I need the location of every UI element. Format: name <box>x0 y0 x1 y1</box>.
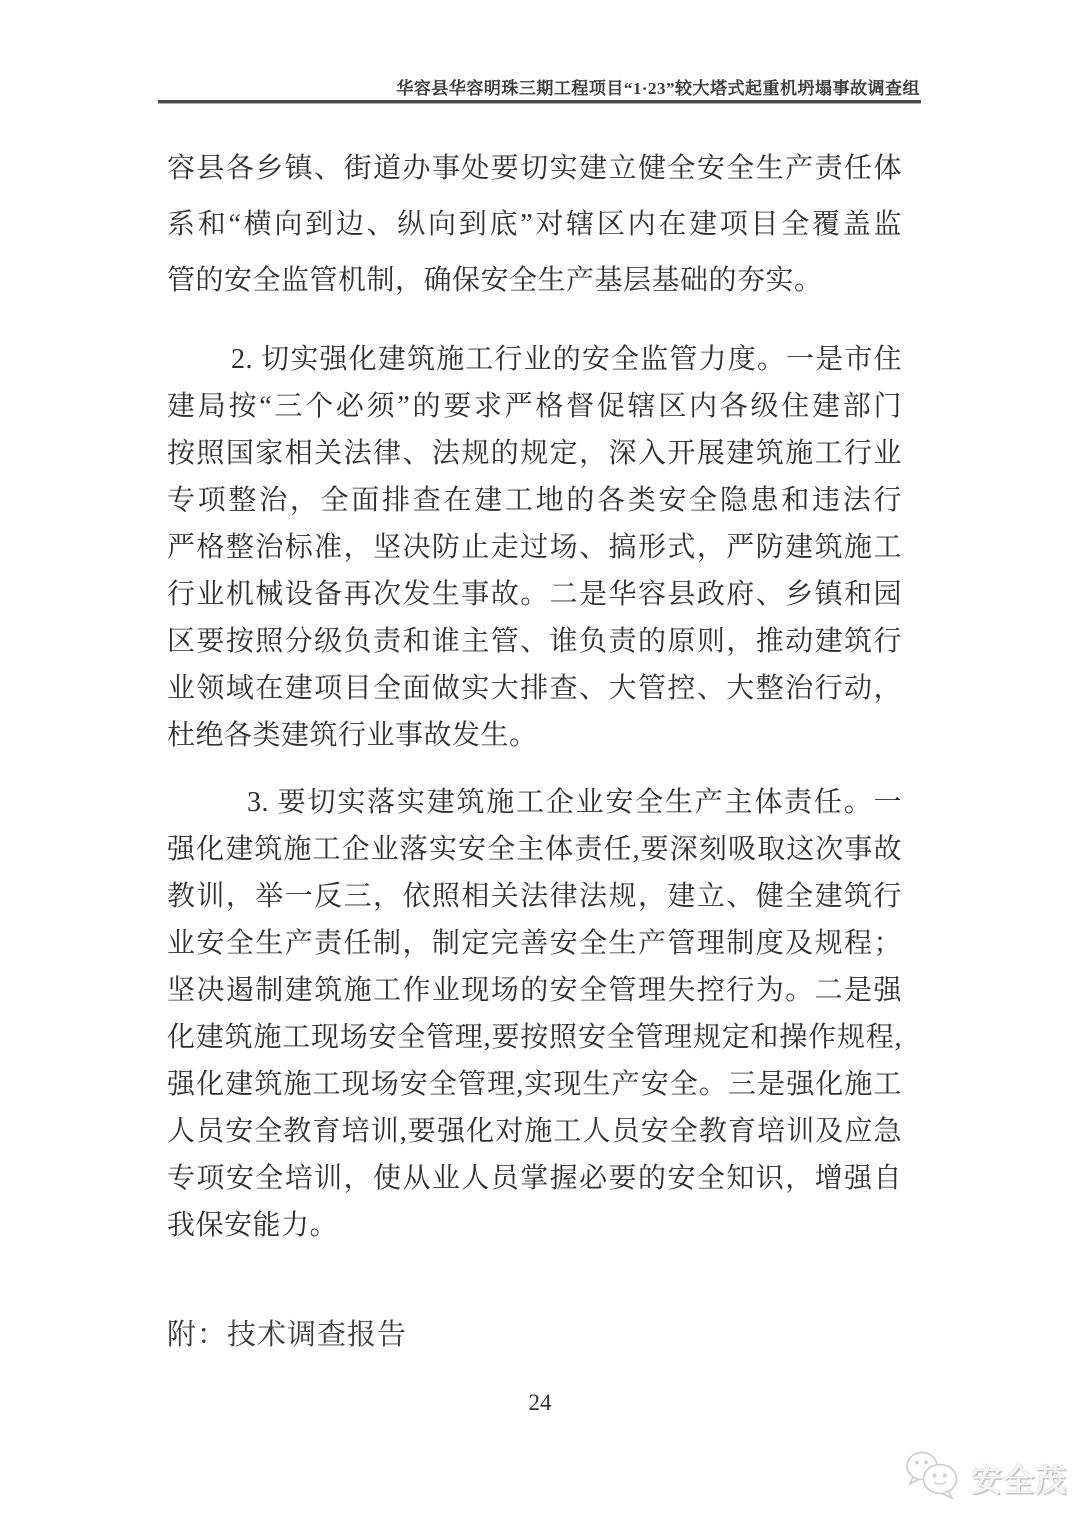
body-line: 2. 切实强化建筑施工行业的安全监管力度。一是市住 <box>167 336 902 383</box>
wechat-chat-bubbles-icon <box>902 1448 962 1507</box>
body-line: 坚决遏制建筑施工作业现场的安全管理失控行为。二是强 <box>167 967 902 1014</box>
body-line: 强化建筑施工现场安全管理,实现生产安全。三是强化施工 <box>167 1061 902 1108</box>
body-line: 我保安能力。 <box>167 1202 902 1249</box>
body-line: 业安全生产责任制，制定完善安全生产管理制度及规程； <box>167 920 902 967</box>
attachment-note: 附：技术调查报告 <box>167 1312 902 1359</box>
body-line: 容县各乡镇、街道办事处要切实建立健全安全生产责任体 <box>167 141 902 197</box>
body-line: 业领域在建项目全面做实大排查、大管控、大整治行动， <box>167 665 902 712</box>
brand-watermark: 安全茂 <box>902 1448 1067 1507</box>
paragraph-continuation: 容县各乡镇、街道办事处要切实建立健全安全生产责任体 系和“横向到边、纵向到底”对… <box>167 141 902 309</box>
body-line: 化建筑施工现场安全管理,要按照安全管理规定和操作规程, <box>167 1014 902 1061</box>
body-line: 杜绝各类建筑行业事故发生。 <box>167 712 902 759</box>
page-header-title: 华容县华容明珠三期工程项目“1·23”较大塔式起重机坍塌事故调查组 <box>158 74 920 99</box>
body-line: 3. 要切实落实建筑施工企业安全生产主体责任。一是 <box>167 779 902 826</box>
page-number: 24 <box>0 1390 1080 1416</box>
body-line: 区要按照分级负责和谁主管、谁负责的原则，推动建筑行 <box>167 618 902 665</box>
watermark-brand-text: 安全茂 <box>971 1455 1067 1500</box>
body-line: 严格整治标准，坚决防止走过场、搞形式，严防建筑施工 <box>167 524 902 571</box>
body-line: 教训，举一反三，依照相关法律法规，建立、健全建筑行 <box>167 873 902 920</box>
body-line: 系和“横向到边、纵向到底”对辖区内在建项目全覆盖监 <box>167 197 902 253</box>
body-line: 行业机械设备再次发生事故。二是华容县政府、乡镇和园 <box>167 571 902 618</box>
paragraph-2: 2. 切实强化建筑施工行业的安全监管力度。一是市住 建局按“三个必须”的要求严格… <box>167 336 902 759</box>
body-line: 专项整治，全面排查在建工地的各类安全隐患和违法行为， <box>167 477 902 524</box>
body-line: 专项安全培训，使从业人员掌握必要的安全知识，增强自 <box>167 1155 902 1202</box>
document-body: 容县各乡镇、街道办事处要切实建立健全安全生产责任体 系和“横向到边、纵向到底”对… <box>167 141 902 1249</box>
body-line: 强化建筑施工企业落实安全主体责任,要深刻吸取这次事故 <box>167 826 902 873</box>
body-line: 建局按“三个必须”的要求严格督促辖区内各级住建部门 <box>167 383 902 430</box>
body-line: 人员安全教育培训,要强化对施工人员安全教育培训及应急 <box>167 1108 902 1155</box>
body-line: 管的安全监管机制，确保安全生产基层基础的夯实。 <box>167 253 902 309</box>
paragraph-3: 3. 要切实落实建筑施工企业安全生产主体责任。一是 强化建筑施工企业落实安全主体… <box>167 779 902 1249</box>
body-line: 按照国家相关法律、法规的规定，深入开展建筑施工行业 <box>167 430 902 477</box>
header-rule <box>158 100 921 104</box>
